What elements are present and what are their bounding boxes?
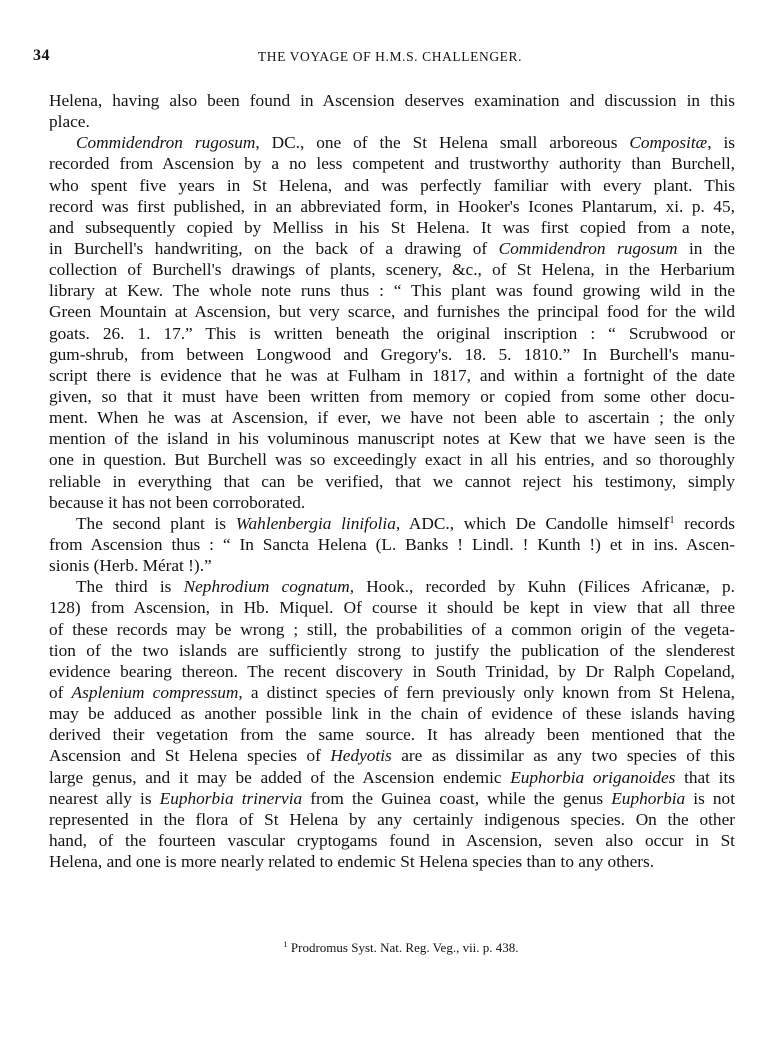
body-text: Helena, having also been found in Ascens… (49, 90, 735, 872)
italic-term: Hedyotis (330, 746, 391, 765)
text-run: of (49, 683, 72, 702)
text-line: tion of the two islands are sufficiently… (49, 640, 735, 661)
text-run: record was first published, in an abbrev… (49, 197, 735, 216)
italic-term: Commidendron rugosum (76, 133, 255, 152)
text-run: Ascension and St Helena species of (49, 746, 330, 765)
text-line: Helena, and one is more nearly related t… (49, 851, 735, 872)
text-line: evidence bearing thereon. The recent dis… (49, 661, 735, 682)
text-line: of these records may be wrong ; still, t… (49, 619, 735, 640)
text-line: 128) from Ascension, in Hb. Miquel. Of c… (49, 597, 735, 618)
text-line: one in question. But Burchell was so exc… (49, 449, 735, 470)
text-line: mention of the island in his voluminous … (49, 428, 735, 449)
text-run: evidence bearing thereon. The recent dis… (49, 662, 735, 681)
text-run: library at Kew. The whole note runs thus… (49, 281, 735, 300)
text-run: records (674, 514, 735, 533)
text-line: Green Mountain at Ascension, but very sc… (49, 301, 735, 322)
text-line: ment. When he was at Ascension, if ever,… (49, 407, 735, 428)
text-line: library at Kew. The whole note runs thus… (49, 280, 735, 301)
text-run: recorded from Ascension by a no less com… (49, 154, 735, 173)
text-run: The third is (76, 577, 184, 596)
text-line: The second plant is Wahlenbergia linifol… (49, 513, 735, 534)
text-line: Ascension and St Helena species of Hedyo… (49, 745, 735, 766)
italic-term: Asplenium compressum (72, 683, 239, 702)
text-line: in Burchell's handwriting, on the back o… (49, 238, 735, 259)
text-run: , ADC., which De Candolle himself (396, 514, 670, 533)
text-run: place. (49, 112, 90, 131)
text-run: and subsequently copied by Melliss in hi… (49, 218, 735, 237)
text-line: gum-shrub, from between Longwood and Gre… (49, 344, 735, 365)
italic-term: Compositæ (629, 133, 707, 152)
text-run: reliable in everything that can be verif… (49, 472, 735, 491)
text-run: sionis (Herb. Mérat !).” (49, 556, 212, 575)
running-title: THE VOYAGE OF H.M.S. CHALLENGER. (30, 49, 736, 65)
text-run: one in question. But Burchell was so exc… (49, 450, 735, 469)
text-line: given, so that it must have been written… (49, 386, 735, 407)
text-run: from Ascension thus : “ In Sancta Helena… (49, 535, 735, 554)
text-run: who spent five years in St Helena, and w… (49, 176, 735, 195)
text-line: The third is Nephrodium cognatum, Hook.,… (49, 576, 735, 597)
text-run: represented in the flora of St Helena by… (49, 810, 735, 829)
text-run: may be adduced as another possible link … (49, 704, 735, 723)
text-line: because it has not been corroborated. (49, 492, 735, 513)
text-line: derived their vegetation from the same s… (49, 724, 735, 745)
text-run: , Hook., recorded by Kuhn (Filices Afric… (350, 577, 735, 596)
text-run: , is (707, 133, 735, 152)
text-run: Helena, having also been found in Ascens… (49, 91, 735, 110)
text-line: collection of Burchell's drawings of pla… (49, 259, 735, 280)
text-run: are as dissimilar as any two species of … (392, 746, 735, 765)
text-line: script there is evidence that he was at … (49, 365, 735, 386)
text-run: collection of Burchell's drawings of pla… (49, 260, 735, 279)
footnote-text: Prodromus Syst. Nat. Reg. Veg., vii. p. … (288, 940, 519, 955)
text-line: represented in the flora of St Helena by… (49, 809, 735, 830)
text-run: hand, of the fourteen vascular cryptogam… (49, 831, 735, 850)
text-run: of these records may be wrong ; still, t… (49, 620, 735, 639)
text-line: sionis (Herb. Mérat !).” (49, 555, 735, 576)
text-line: from Ascension thus : “ In Sancta Helena… (49, 534, 735, 555)
italic-term: Nephrodium cognatum (184, 577, 350, 596)
text-run: , DC., one of the St Helena small arbore… (255, 133, 629, 152)
text-run: The second plant is (76, 514, 236, 533)
text-run: Green Mountain at Ascension, but very sc… (49, 302, 735, 321)
text-run: goats. 26. 1. 17.” This is written benea… (49, 324, 735, 343)
text-run: given, so that it must have been written… (49, 387, 735, 406)
italic-term: Commidendron rugosum (499, 239, 678, 258)
text-line: goats. 26. 1. 17.” This is written benea… (49, 323, 735, 344)
text-line: large genus, and it may be added of the … (49, 767, 735, 788)
italic-term: Wahlenbergia linifolia (236, 514, 396, 533)
text-run: mention of the island in his voluminous … (49, 429, 735, 448)
text-run: in the (677, 239, 735, 258)
text-run: ment. When he was at Ascension, if ever,… (49, 408, 735, 427)
text-line: reliable in everything that can be verif… (49, 471, 735, 492)
text-run: from the Guinea coast, while the genus (302, 789, 611, 808)
text-line: may be adduced as another possible link … (49, 703, 735, 724)
text-run: in Burchell's handwriting, on the back o… (49, 239, 499, 258)
text-line: hand, of the fourteen vascular cryptogam… (49, 830, 735, 851)
text-run: , a distinct species of fern previously … (238, 683, 735, 702)
text-line: record was first published, in an abbrev… (49, 196, 735, 217)
text-run: nearest ally is (49, 789, 160, 808)
text-run: script there is evidence that he was at … (49, 366, 735, 385)
text-run: gum-shrub, from between Longwood and Gre… (49, 345, 735, 364)
text-run: that its (675, 768, 735, 787)
text-line: who spent five years in St Helena, and w… (49, 175, 735, 196)
footnote: 1 Prodromus Syst. Nat. Reg. Veg., vii. p… (0, 940, 776, 956)
text-run: 128) from Ascension, in Hb. Miquel. Of c… (49, 598, 735, 617)
text-run: tion of the two islands are sufficiently… (49, 641, 735, 660)
text-line: recorded from Ascension by a no less com… (49, 153, 735, 174)
italic-term: Euphorbia origanoides (510, 768, 675, 787)
book-page: 34 THE VOYAGE OF H.M.S. CHALLENGER. Hele… (0, 0, 776, 1050)
text-line: and subsequently copied by Melliss in hi… (49, 217, 735, 238)
text-run: because it has not been corroborated. (49, 493, 305, 512)
text-run: large genus, and it may be added of the … (49, 768, 510, 787)
text-line: Commidendron rugosum, DC., one of the St… (49, 132, 735, 153)
text-line: Helena, having also been found in Ascens… (49, 90, 735, 111)
italic-term: Euphorbia trinervia (160, 789, 303, 808)
text-run: Helena, and one is more nearly related t… (49, 852, 654, 871)
text-line: nearest ally is Euphorbia trinervia from… (49, 788, 735, 809)
text-line: place. (49, 111, 735, 132)
italic-term: Euphorbia (611, 789, 685, 808)
text-run: derived their vegetation from the same s… (49, 725, 735, 744)
text-line: of Asplenium compressum, a distinct spec… (49, 682, 735, 703)
page-header: 34 THE VOYAGE OF H.M.S. CHALLENGER. (30, 47, 736, 69)
text-run: is not (685, 789, 735, 808)
